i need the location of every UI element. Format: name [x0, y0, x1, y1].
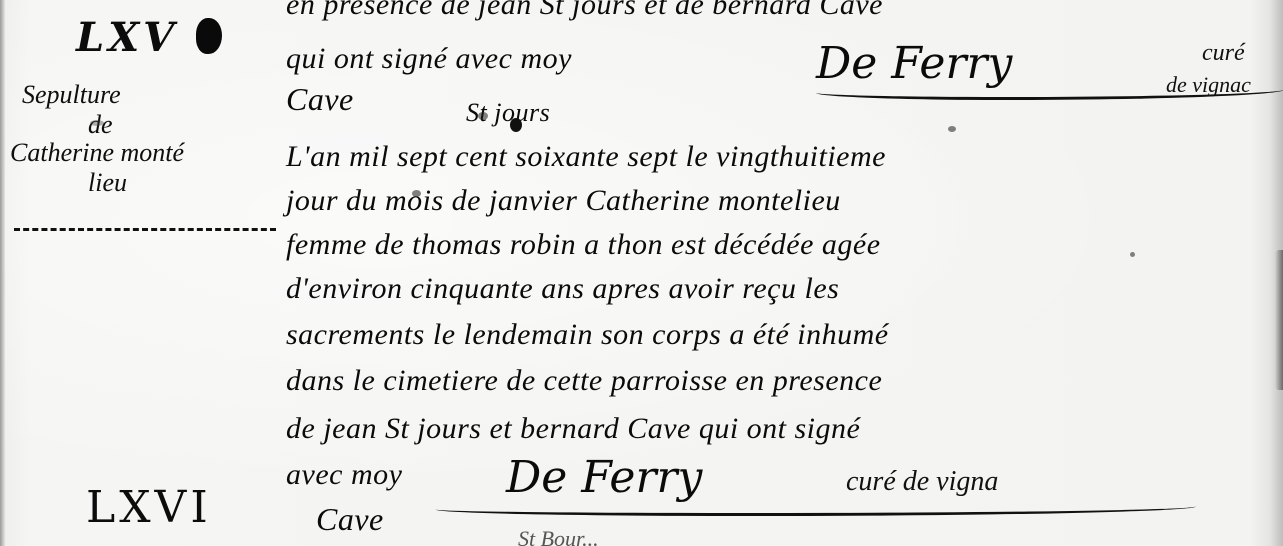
ink-speck: [478, 112, 488, 120]
entry-line: d'environ cinquante ans apres avoir reçu…: [286, 270, 839, 308]
ink-speck: [510, 118, 522, 132]
cure-signature: De Ferry: [506, 452, 702, 503]
cure-place: de vignac: [1166, 72, 1251, 98]
entry-line: dans le cimetiere de cette parroisse en …: [286, 362, 882, 400]
prev-entry-line: qui ont signé avec moy: [286, 40, 572, 78]
margin-title-line: Catherine monté: [10, 138, 184, 168]
entry-line: sacrements le lendemain son corps a été …: [286, 316, 889, 354]
entry-line: de jean St jours et bernard Cave qui ont…: [286, 410, 860, 448]
margin-divider: [14, 228, 276, 231]
entry-line: jour du mois de janvier Catherine montel…: [286, 182, 841, 220]
ink-speck: [1130, 252, 1135, 257]
signature-flourish: [436, 500, 1196, 516]
ink-speck: [948, 126, 956, 132]
register-body: en presence de jean St jours et de berna…: [286, 0, 1276, 546]
entry-line: femme de thomas robin a thon est décédée…: [286, 226, 881, 264]
witness-signature: Cave: [316, 500, 384, 538]
margin-title-line: lieu: [88, 168, 127, 198]
entry-line: L'an mil sept cent soixante sept le ving…: [286, 138, 886, 176]
margin-column: LXV Sepulture de Catherine monté lieu LX…: [0, 0, 290, 546]
entry-number: LXV: [76, 14, 178, 61]
register-page: LXV Sepulture de Catherine monté lieu LX…: [0, 0, 1283, 546]
prev-entry-line: en presence de jean St jours et de berna…: [286, 0, 883, 24]
margin-title-line: Sepulture: [22, 80, 121, 110]
ink-speck: [412, 190, 421, 197]
cure-title: curé de vigna: [846, 466, 998, 498]
witness-signature-partial: St Bour...: [518, 526, 599, 546]
witness-signature: Cave: [286, 80, 354, 118]
cure-title: curé: [1202, 40, 1245, 67]
next-entry-number: LXVI: [86, 482, 212, 533]
page-edge-shadow: [1275, 250, 1283, 390]
ink-speck: [90, 120, 104, 126]
entry-line: avec moy: [286, 456, 402, 494]
ink-blot-icon: [196, 18, 222, 54]
